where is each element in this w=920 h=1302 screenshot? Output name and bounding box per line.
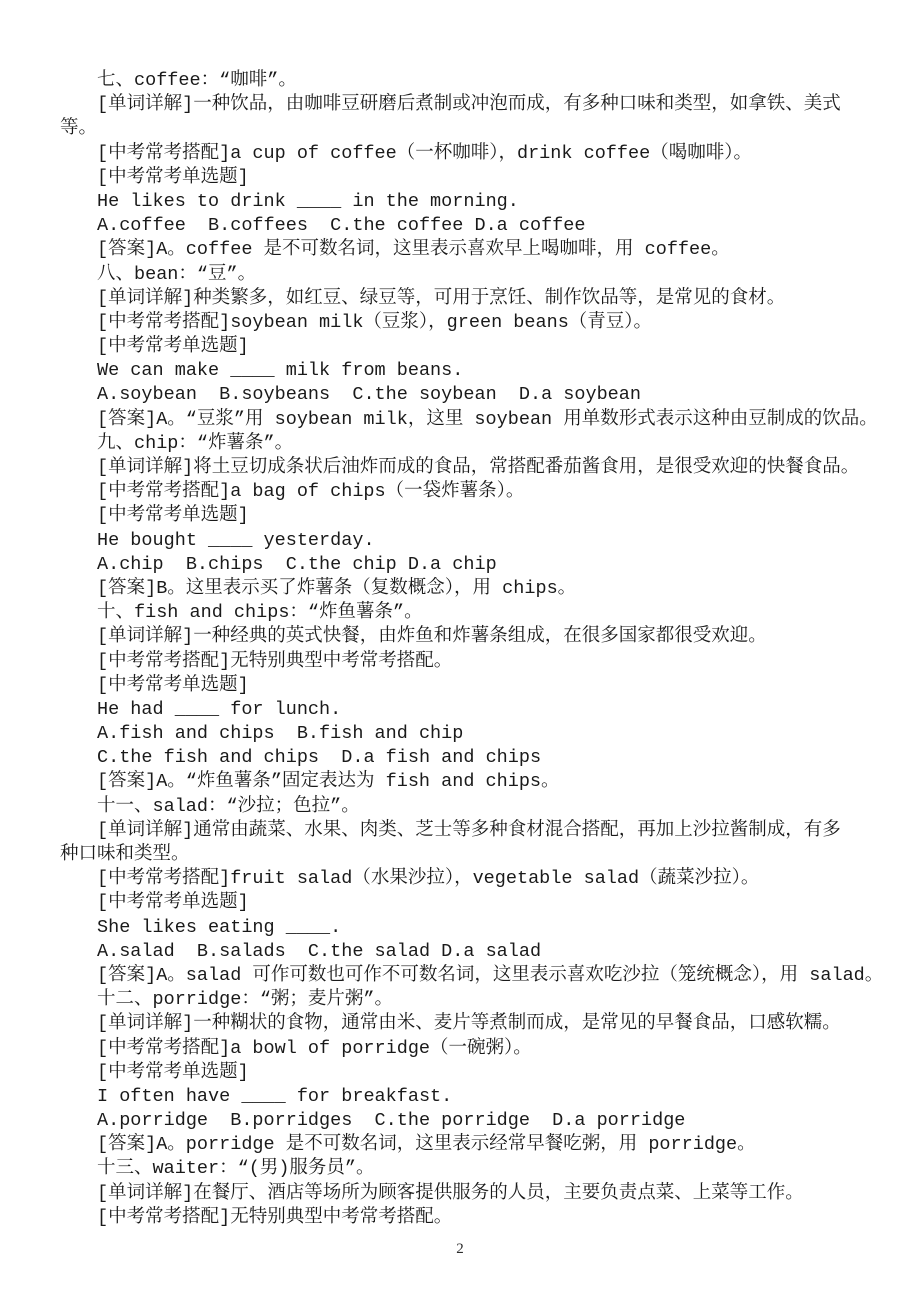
text-line: A.chip B.chips C.the chip D.a chip <box>60 553 862 577</box>
text-line: [中考常考搭配]a cup of coffee（一杯咖啡），drink coff… <box>60 142 862 166</box>
text-line: 十、fish and chips：“炸鱼薯条”。 <box>60 601 862 625</box>
text-line: [单词详解]一种糊状的食物，通常由米、麦片等煮制而成，是常见的早餐食品，口感软糯… <box>60 1012 862 1036</box>
document-body: 七、coffee：“咖啡”。[单词详解]一种饮品，由咖啡豆研磨后煮制或冲泡而成，… <box>60 69 862 1230</box>
text-line: [答案]A。coffee 是不可数名词，这里表示喜欢早上喝咖啡，用 coffee… <box>60 238 862 262</box>
text-line: [单词详解]在餐厅、酒店等场所为顾客提供服务的人员，主要负责点菜、上菜等工作。 <box>60 1182 862 1206</box>
text-line: 种口味和类型。 <box>60 843 862 867</box>
text-line: 十二、porridge：“粥；麦片粥”。 <box>60 988 862 1012</box>
text-line: [单词详解]通常由蔬菜、水果、肉类、芝士等多种食材混合搭配，再加上沙拉酱制成，有… <box>60 819 862 843</box>
text-line: [中考常考搭配]无特别典型中考常考搭配。 <box>60 1206 862 1230</box>
text-line: [中考常考搭配]a bag of chips（一袋炸薯条）。 <box>60 480 862 504</box>
text-line: 十三、waiter：“(男)服务员”。 <box>60 1157 862 1181</box>
text-line: We can make ____ milk from beans. <box>60 359 862 383</box>
text-line: [中考常考搭配]soybean milk（豆浆），green beans（青豆）… <box>60 311 862 335</box>
page-footer: 2 <box>0 1240 920 1258</box>
text-line: [中考常考单选题] <box>60 504 862 528</box>
text-line: C.the fish and chips D.a fish and chips <box>60 746 862 770</box>
text-line: [中考常考单选题] <box>60 335 862 359</box>
text-line: He bought ____ yesterday. <box>60 529 862 553</box>
text-line: [答案]A。“炸鱼薯条”固定表达为 fish and chips。 <box>60 770 862 794</box>
text-line: [单词详解]将土豆切成条状后油炸而成的食品，常搭配番茄酱食用，是很受欢迎的快餐食… <box>60 456 862 480</box>
text-line: [中考常考单选题] <box>60 891 862 915</box>
text-line: [中考常考搭配]fruit salad（水果沙拉），vegetable sala… <box>60 867 862 891</box>
text-line: [答案]B。这里表示买了炸薯条（复数概念），用 chips。 <box>60 577 862 601</box>
text-line: 八、bean：“豆”。 <box>60 263 862 287</box>
text-line: 九、chip：“炸薯条”。 <box>60 432 862 456</box>
text-line: [中考常考搭配]a bowl of porridge（一碗粥）。 <box>60 1037 862 1061</box>
text-line: She likes eating ____. <box>60 916 862 940</box>
text-line: 七、coffee：“咖啡”。 <box>60 69 862 93</box>
text-line: 等。 <box>60 117 862 141</box>
text-line: [中考常考搭配]无特别典型中考常考搭配。 <box>60 650 862 674</box>
text-line: [答案]A。salad 可作可数也可作不可数名词，这里表示喜欢吃沙拉（笼统概念）… <box>60 964 862 988</box>
text-line: [答案]A。“豆浆”用 soybean milk，这里 soybean 用单数形… <box>60 408 862 432</box>
text-line: He likes to drink ____ in the morning. <box>60 190 862 214</box>
text-line: I often have ____ for breakfast. <box>60 1085 862 1109</box>
text-line: [中考常考单选题] <box>60 1061 862 1085</box>
document-page: 七、coffee：“咖啡”。[单词详解]一种饮品，由咖啡豆研磨后煮制或冲泡而成，… <box>0 0 920 1302</box>
text-line: A.soybean B.soybeans C.the soybean D.a s… <box>60 383 862 407</box>
text-line: A.salad B.salads C.the salad D.a salad <box>60 940 862 964</box>
text-line: [答案]A。porridge 是不可数名词，这里表示经常早餐吃粥，用 porri… <box>60 1133 862 1157</box>
text-line: [单词详解]一种经典的英式快餐，由炸鱼和炸薯条组成，在很多国家都很受欢迎。 <box>60 625 862 649</box>
text-line: He had ____ for lunch. <box>60 698 862 722</box>
page-number: 2 <box>456 1241 464 1257</box>
text-line: [单词详解]一种饮品，由咖啡豆研磨后煮制或冲泡而成，有多种口味和类型，如拿铁、美… <box>60 93 862 117</box>
text-line: [中考常考单选题] <box>60 674 862 698</box>
text-line: [中考常考单选题] <box>60 166 862 190</box>
text-line: A.fish and chips B.fish and chip <box>60 722 862 746</box>
text-line: [单词详解]种类繁多，如红豆、绿豆等，可用于烹饪、制作饮品等，是常见的食材。 <box>60 287 862 311</box>
text-line: A.porridge B.porridges C.the porridge D.… <box>60 1109 862 1133</box>
text-line: A.coffee B.coffees C.the coffee D.a coff… <box>60 214 862 238</box>
text-line: 十一、salad：“沙拉；色拉”。 <box>60 795 862 819</box>
